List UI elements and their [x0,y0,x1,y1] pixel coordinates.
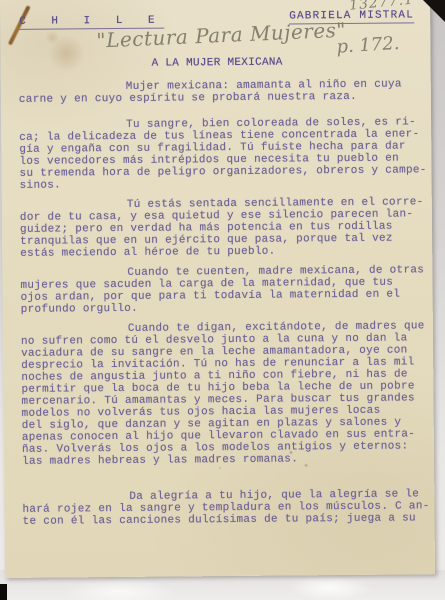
typed-line: te con él las canciones dulcísimas de tu… [23,512,427,528]
paper-sheet: C H I L E GABRIELA MISTRAL 13277.1 "Lect… [0,0,435,578]
typed-line: carne y en cuyo espíritu se probará nues… [19,90,423,106]
paragraph: Da alegría a tu hijo, que la alegría se … [22,488,426,528]
document-title: A LA MUJER MEXICANA [152,57,283,70]
typed-line: las madres hebreas y las madres romanas. [22,452,426,468]
typed-line: profundo orgullo. [21,300,425,316]
typed-body-text: Mujer mexicana: amamanta al niño en cuya… [19,78,427,536]
scanned-document-page: C H I L E GABRIELA MISTRAL 13277.1 "Lect… [0,0,445,600]
handwritten-page-reference: p. 172. [336,33,400,58]
paragraph: Cuando te digan, excitándote, de madres … [21,320,426,468]
paragraph: Mujer mexicana: amamanta al niño en cuya… [19,78,423,106]
paragraph: Tu sangre, bien coloreada de soles, es r… [19,116,424,192]
paragraph: Tú estás sentada sencillamente en el cor… [20,196,425,260]
scan-edge-shadow [0,584,7,600]
paragraph: Cuando te cuenten, madre mexicana, de ot… [20,264,424,316]
typed-line: estás meciendo al héroe de tu pueblo. [20,244,424,260]
